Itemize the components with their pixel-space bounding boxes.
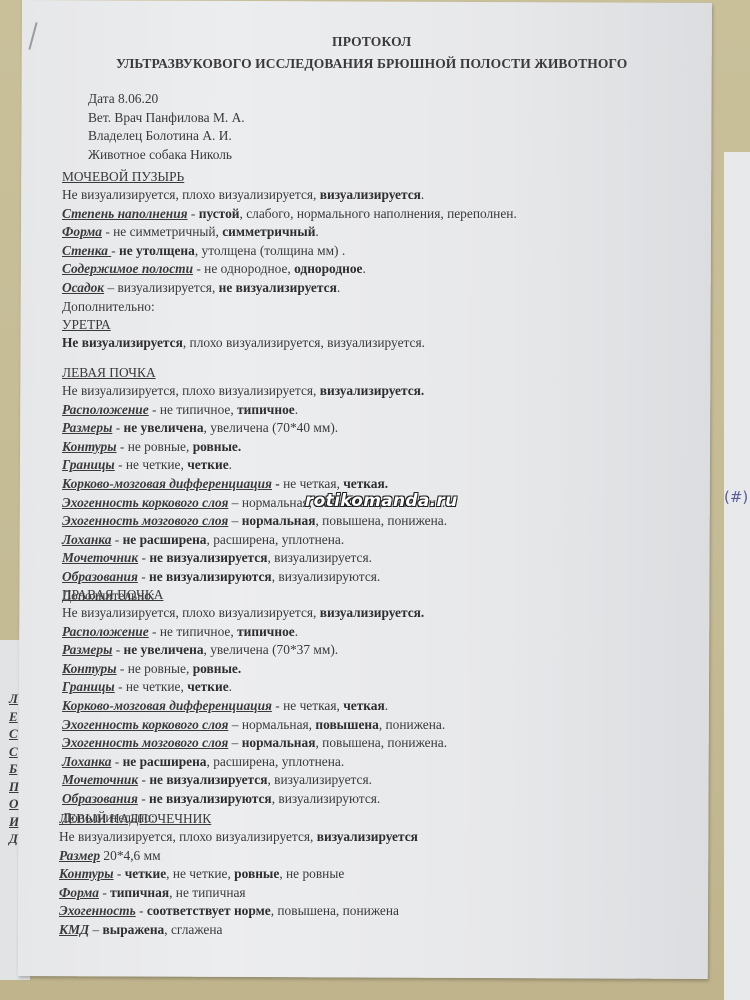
option-text: , слабого, нормального наполнения, переп… [240,206,517,221]
option-text: - [99,885,110,900]
option-text: - [112,420,123,435]
selected-option: соответствует норме [147,903,271,918]
option-text: , визуализируются. [272,791,381,806]
selected-option: выражена [103,922,165,937]
selected-option: четкая [343,698,385,713]
selected-option: нормальная [242,513,316,528]
field-row: Мочеточник - не визуализируется, визуали… [62,549,447,568]
option-text: - не ровные, [117,439,193,454]
selected-option: пустой [199,206,240,221]
field-label: Контуры [62,439,117,454]
left-sheet-letter: С [9,725,19,743]
selected-option: ровные. [193,439,242,454]
selected-option: не визуализируются [149,569,272,584]
option-text: - не четкие, [115,457,187,472]
selected-option: типичное [237,624,295,639]
option-text: . [363,261,366,276]
option-text: , плохо визуализируется, визуализируется… [183,335,425,350]
selected-option: - [272,476,283,491]
selected-option: не визуализируется [219,280,337,295]
selected-option: ровные. [193,661,242,676]
field-label: Осадок [62,280,104,295]
option-text: – [89,922,102,937]
field-row: Расположение - не типичное, типичное. [62,401,447,420]
field-label: Форма [59,885,99,900]
left-sheet-letter: Л [9,690,19,708]
document-title: ПРОТОКОЛ [332,34,411,50]
field-row: Не визуализируется, плохо визуализируетс… [59,828,418,847]
field-label: Границы [62,457,115,472]
option-text: , повышена, понижена [271,903,399,918]
field-label: Эхогенность [59,903,136,918]
option-text: - [136,903,147,918]
option-text: - не ровные, [117,661,193,676]
section-4: ПРАВАЯ ПОЧКАНе визуализируется, плохо ви… [62,586,447,827]
field-row: Лоханка - не расширена, расширена, уплот… [62,753,447,772]
selected-option: типичное [237,402,295,417]
selected-option: визуализируется. [320,605,424,620]
field-label: Форма [62,224,102,239]
selected-option: четкие [187,679,228,694]
field-row: Эхогенность коркового слоя – нормальная,… [62,716,447,735]
option-text: - [111,243,119,258]
field-row: Корково-мозговая дифференциация - не чет… [62,697,447,716]
section-5: ЛЕВЫЙ НАДПОЧЕЧНИКНе визуализируется, пло… [59,810,418,940]
field-label: КМД [59,922,89,937]
field-label: Расположение [62,624,149,639]
field-row: Степень наполнения - пустой, слабого, но… [62,205,517,224]
option-text: - не симметричный, [102,224,222,239]
field-row: Контуры - четкие, не четкие, ровные, не … [59,865,418,884]
field-row: Форма - не симметричный, симметричный. [62,223,517,242]
field-label: Контуры [59,866,114,881]
field-label: Размеры [62,642,112,657]
option-text: . [229,457,232,472]
option-text: - [111,532,122,547]
background-sheet-right [724,152,750,1000]
meta-animal: Животное собака Николь [88,146,245,165]
handwritten-mark: (#) [724,488,748,506]
field-row: Форма - типичная, не типичная [59,884,418,903]
option-text: , не четкие, [166,866,234,881]
option-text: . [315,224,318,239]
field-label: Корково-мозговая дифференциация [62,698,272,713]
option-text: не четкая, [283,476,343,491]
field-label: Степень наполнения [62,206,188,221]
field-label: Содержимое полости [62,261,193,276]
option-text: – [228,735,241,750]
field-row: Расположение - не типичное, типичное. [62,623,447,642]
field-label: Эхогенность коркового слоя [62,495,228,510]
option-text: - [111,754,122,769]
field-row: Не визуализируется, плохо визуализируетс… [62,186,517,205]
option-text: Не визуализируется, плохо визуализируетс… [62,187,320,202]
field-row: Не визуализируется, плохо визуализируетс… [62,382,447,401]
left-sheet-letter: С [9,743,19,761]
option-text: . [295,624,298,639]
selected-option: ровные [234,866,279,881]
selected-option: не утолщена [119,243,195,258]
option-text: , визуализируется. [267,550,372,565]
meta-doctor: Вет. Врач Панфилова М. А. [88,109,245,128]
selected-option: нормальная [242,735,316,750]
option-text: Дополнительно: [62,299,155,314]
field-row: Образования - не визуализируются, визуал… [62,790,447,809]
option-text: , расширена, уплотнена. [207,532,345,547]
option-text: - не четкая, [272,698,343,713]
field-label: Лоханка [62,532,111,547]
field-label: Контуры [62,661,117,676]
option-text: - [188,206,199,221]
section-heading: МОЧЕВОЙ ПУЗЫРЬ [62,168,517,186]
option-text: - [112,642,123,657]
selected-option: не увеличена [124,642,204,657]
option-text: - [138,550,149,565]
option-text: , визуализируется. [267,772,372,787]
selected-option: визуализируется [320,187,421,202]
option-text: , не ровные [279,866,344,881]
selected-option: четкие [187,457,228,472]
option-text: , увеличена (70*40 мм). [204,420,339,435]
field-row: Границы - не четкие, четкие. [62,456,447,475]
field-label: Расположение [62,402,149,417]
field-label: Размеры [62,420,112,435]
option-text: , повышена, понижена. [315,735,447,750]
field-row: Мочеточник - не визуализируется, визуали… [62,771,447,790]
field-label: Лоханка [62,754,111,769]
option-text: – нормальная, [228,495,315,510]
option-text: 20*4,6 мм [100,848,160,863]
document-meta: Дата 8.06.20 Вет. Врач Панфилова М. А. В… [88,90,245,164]
option-text: , сглажена [164,922,222,937]
option-text: , увеличена (70*37 мм). [204,642,339,657]
selected-option: однородное [294,261,362,276]
field-label: Образования [62,569,138,584]
option-text: – [228,513,241,528]
field-label: Мочеточник [62,772,138,787]
field-label: Мочеточник [62,550,138,565]
option-text: - не четкие, [115,679,187,694]
watermark: rotikomanda.ru [305,491,457,511]
field-row: Не визуализируется, плохо визуализируетс… [62,334,425,353]
option-text: . [421,187,424,202]
section-heading: УРЕТРА [62,316,425,334]
left-sheet-letter: Б [9,760,19,778]
field-row: Контуры - не ровные, ровные. [62,660,447,679]
selected-option: не расширена [123,754,207,769]
option-text: - [138,569,149,584]
option-text: Не визуализируется, плохо визуализируетс… [59,829,317,844]
option-text: , расширена, уплотнена. [207,754,345,769]
field-label: Границы [62,679,115,694]
selected-option: четкие [125,866,166,881]
option-text: - [138,772,149,787]
selected-option: симметричный [222,224,315,239]
left-sheet-letter: Е [9,708,19,726]
selected-option: не увеличена [124,420,204,435]
selected-option: визуализируется [317,829,418,844]
section-heading: ЛЕВЫЙ НАДПОЧЕЧНИК [59,810,418,828]
field-label: Корково-мозговая дифференциация [62,476,272,491]
option-text: – нормальная, [228,717,315,732]
field-row: Осадок – визуализируется, не визуализиру… [62,279,517,298]
selected-option: типичная [110,885,169,900]
option-text: Не визуализируется, плохо визуализируетс… [62,383,320,398]
option-text: Не визуализируется, плохо визуализируетс… [62,605,320,620]
option-text: , понижена. [379,717,445,732]
option-text: , визуализируются. [272,569,381,584]
field-label: Стенка [62,243,111,258]
field-row: Размеры - не увеличена, увеличена (70*37… [62,641,447,660]
option-text: - не типичное, [149,624,237,639]
selected-option: повышена [315,717,378,732]
option-text: , повышена, понижена. [315,513,447,528]
option-text: . [337,280,340,295]
field-row: Контуры - не ровные, ровные. [62,438,447,457]
option-text: . [385,698,388,713]
field-row: Содержимое полости - не однородное, одно… [62,260,517,279]
section-heading: ПРАВАЯ ПОЧКА [62,586,447,604]
option-text: - [138,791,149,806]
option-text: – визуализируется, [104,280,219,295]
section-2: УРЕТРАНе визуализируется, плохо визуализ… [62,316,425,353]
selected-option: не расширена [123,532,207,547]
field-row: Размер 20*4,6 мм [59,847,418,866]
option-text: - [114,866,125,881]
field-row: Не визуализируется, плохо визуализируетс… [62,604,447,623]
option-text: , утолщена (толщина мм) . [195,243,345,258]
section-1: МОЧЕВОЙ ПУЗЫРЬНе визуализируется, плохо … [62,168,517,316]
field-label: Размер [59,848,100,863]
option-text: - не типичное, [149,402,237,417]
selected-option: Не визуализируется [62,335,183,350]
selected-option: не визуализируются [149,791,272,806]
option-text: , не типичная [169,885,246,900]
field-label: Эхогенность мозгового слоя [62,735,228,750]
field-row: Границы - не четкие, четкие. [62,678,447,697]
field-row: Эхогенность - соответствует норме, повыш… [59,902,418,921]
field-row: Эхогенность мозгового слоя – нормальная,… [62,734,447,753]
field-row: Образования - не визуализируются, визуал… [62,568,447,587]
option-text: - не однородное, [193,261,294,276]
selected-option: не визуализируется [149,772,267,787]
option-text: . [295,402,298,417]
field-row: Стенка - не утолщена, утолщена (толщина … [62,242,517,261]
field-row: Дополнительно: [62,298,517,317]
selected-option: четкая. [343,476,388,491]
section-3: ЛЕВАЯ ПОЧКАНе визуализируется, плохо виз… [62,364,447,605]
field-label: Эхогенность мозгового слоя [62,513,228,528]
field-row: Эхогенность мозгового слоя – нормальная,… [62,512,447,531]
meta-owner: Владелец Болотина А. И. [88,127,245,146]
field-label: Образования [62,791,138,806]
meta-date: Дата 8.06.20 [88,90,245,109]
option-text: . [229,679,232,694]
field-label: Эхогенность коркового слоя [62,717,228,732]
field-row: КМД – выражена, сглажена [59,921,418,940]
document-subtitle: УЛЬТРАЗВУКОВОГО ИССЛЕДОВАНИЯ БРЮШНОЙ ПОЛ… [116,56,627,72]
field-row: Лоханка - не расширена, расширена, уплот… [62,531,447,550]
selected-option: не визуализируется [149,550,267,565]
selected-option: визуализируется. [320,383,424,398]
section-heading: ЛЕВАЯ ПОЧКА [62,364,447,382]
field-row: Размеры - не увеличена, увеличена (70*40… [62,419,447,438]
